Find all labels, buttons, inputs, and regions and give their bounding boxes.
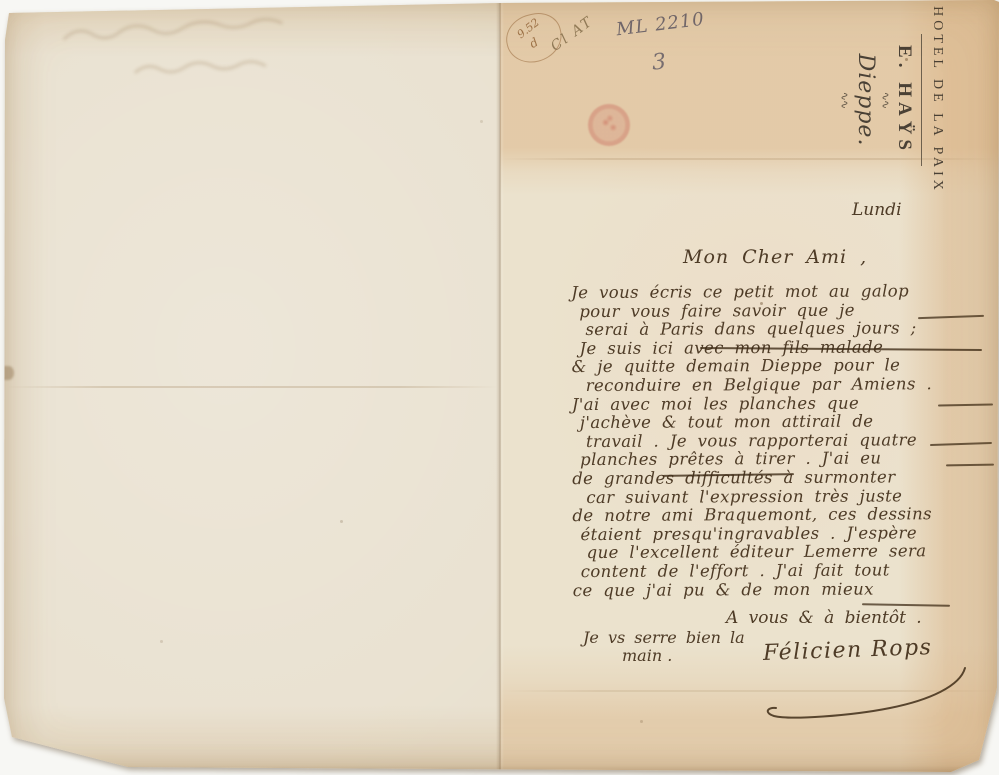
- horizontal-crease: [6, 386, 498, 388]
- letter-body: Je vous écris ce petit mot au galop pour…: [571, 282, 997, 600]
- handwritten-line: planches prêtes à tirer . J'ai eu: [580, 449, 996, 470]
- letterhead-ornament: ∿∿: [839, 5, 850, 195]
- handwritten-line: étaient presqu'ingravables . J'espère: [580, 524, 996, 545]
- letterhead-proprietor-name: E. HAŸS: [891, 5, 917, 195]
- printed-letterhead: HOTEL DE LA PAIX E. HAŸS ∿∿ Dieppe. ∿∿: [807, 5, 947, 195]
- handwritten-line: travail . Je vous rapporterai quatre: [586, 431, 996, 452]
- paper-sheet-wrap: 9.52 d Cl AT ML 2210 3 HOTEL DE LA PAIX …: [0, 0, 999, 775]
- date-line: Lundi: [852, 200, 902, 220]
- handwritten-line: serai à Paris dans quelques jours ;: [585, 319, 995, 340]
- letterhead-ornament: ∿∿: [880, 5, 891, 195]
- handwritten-line: content de l'effort . J'ai fait tout: [581, 561, 997, 582]
- paper-sheet: 9.52 d Cl AT ML 2210 3 HOTEL DE LA PAIX …: [0, 0, 999, 775]
- edge-tear: [3, 366, 14, 380]
- postscript-line: Je vs serre bien la: [583, 628, 745, 647]
- handwritten-line: reconduire en Belgique par Amiens .: [586, 375, 996, 396]
- show-through-writing: [40, 6, 340, 120]
- letterhead-city: Dieppe.: [850, 5, 880, 195]
- handwritten-line: & je quitte demain Dieppe pour le: [572, 356, 996, 377]
- closing-line: A vous & à bientôt .: [726, 608, 922, 628]
- red-library-stamp: [588, 104, 630, 146]
- handwritten-line: ce que j'ai pu & de mon mieux: [573, 579, 997, 600]
- horizontal-crease: [500, 158, 997, 160]
- handwritten-line: j'achève & tout mon attirail de: [580, 412, 996, 433]
- salutation: Mon Cher Ami ,: [683, 246, 867, 268]
- handwritten-line: J'ai avec moi les planches que: [572, 393, 996, 414]
- scanned-letter: 9.52 d Cl AT ML 2210 3 HOTEL DE LA PAIX …: [0, 0, 999, 775]
- page-number: 3: [651, 49, 667, 75]
- postscript-line: main .: [622, 646, 672, 665]
- paper-speck: [480, 120, 483, 123]
- handwritten-line: de grandes difficultés à surmonter: [572, 468, 996, 489]
- paper-speck: [760, 302, 763, 305]
- handwritten-line: que l'excellent éditeur Lemerre sera: [587, 542, 997, 563]
- paper-speck: [160, 640, 163, 643]
- paper-speck: [340, 520, 343, 523]
- handwritten-line: car suivant l'expression très juste: [586, 486, 996, 507]
- letterhead-divider-rule: [921, 34, 922, 166]
- paper-speck: [905, 58, 908, 61]
- handwritten-line: de notre ami Braquemont, ces dessins: [572, 505, 996, 526]
- handwritten-line: Je vous écris ce petit mot au galop: [571, 282, 995, 303]
- horizontal-crease: [500, 690, 997, 692]
- paper-speck: [640, 720, 643, 723]
- signature-flourish: [740, 660, 980, 734]
- letterhead-hotel-name: HOTEL DE LA PAIX: [927, 5, 947, 195]
